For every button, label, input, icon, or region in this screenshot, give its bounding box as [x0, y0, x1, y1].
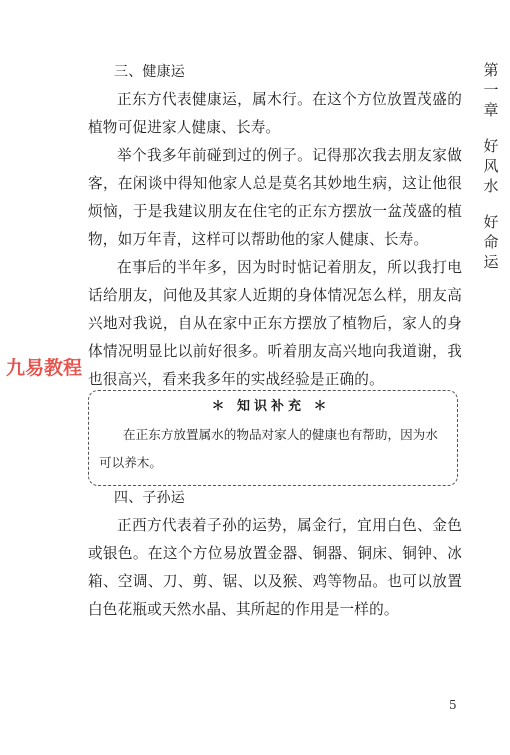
section-heading: 三、健康运: [88, 58, 462, 86]
paragraph: 正西方代表着子孙的运势，属金行，宜用白色、金色或银色。在这个方位易放置金器、铜器…: [88, 512, 462, 624]
watermark-logo: 九易教程: [6, 353, 82, 380]
chapter-side-title: 第 一 章 好 风 水 好 命 运: [481, 60, 501, 272]
side-char: 第: [481, 60, 501, 80]
side-char: 章: [481, 100, 501, 120]
side-char: 命: [481, 232, 501, 252]
side-char: 风: [481, 156, 501, 176]
side-char: 运: [481, 252, 501, 272]
side-char: 好: [481, 212, 501, 232]
side-char: 好: [481, 136, 501, 156]
paragraph: 正东方代表健康运，属木行。在这个方位放置茂盛的植物可促进家人健康、长寿。: [88, 86, 462, 142]
paragraph: 在事后的半年多，因为时时惦记着朋友，所以我打电话给朋友，问他及其家人近期的身体情…: [88, 254, 462, 394]
book-page: 三、健康运 正东方代表健康运，属木行。在这个方位放置茂盛的植物可促进家人健康、长…: [0, 0, 510, 755]
paragraph: 举个我多年前碰到过的例子。记得那次我去朋友家做客，在闲谈中得知他家人总是莫名其妙…: [88, 142, 462, 254]
page-number: 5: [449, 698, 457, 712]
side-char: 一: [481, 80, 501, 100]
section-descendants: 四、子孙运 正西方代表着子孙的运势，属金行，宜用白色、金色或银色。在这个方位易放…: [88, 484, 462, 624]
side-char: 水: [481, 176, 501, 196]
note-title: ＊ 知识补充 ＊: [99, 397, 443, 417]
section-health: 三、健康运 正东方代表健康运，属木行。在这个方位放置茂盛的植物可促进家人健康、长…: [88, 58, 462, 394]
note-body: 在正东方放置属水的物品对家人的健康也有帮助，因为水可以养木。: [99, 421, 443, 477]
section-heading: 四、子孙运: [88, 484, 462, 512]
knowledge-note-box: ＊ 知识补充 ＊ 在正东方放置属水的物品对家人的健康也有帮助，因为水可以养木。: [88, 390, 458, 486]
